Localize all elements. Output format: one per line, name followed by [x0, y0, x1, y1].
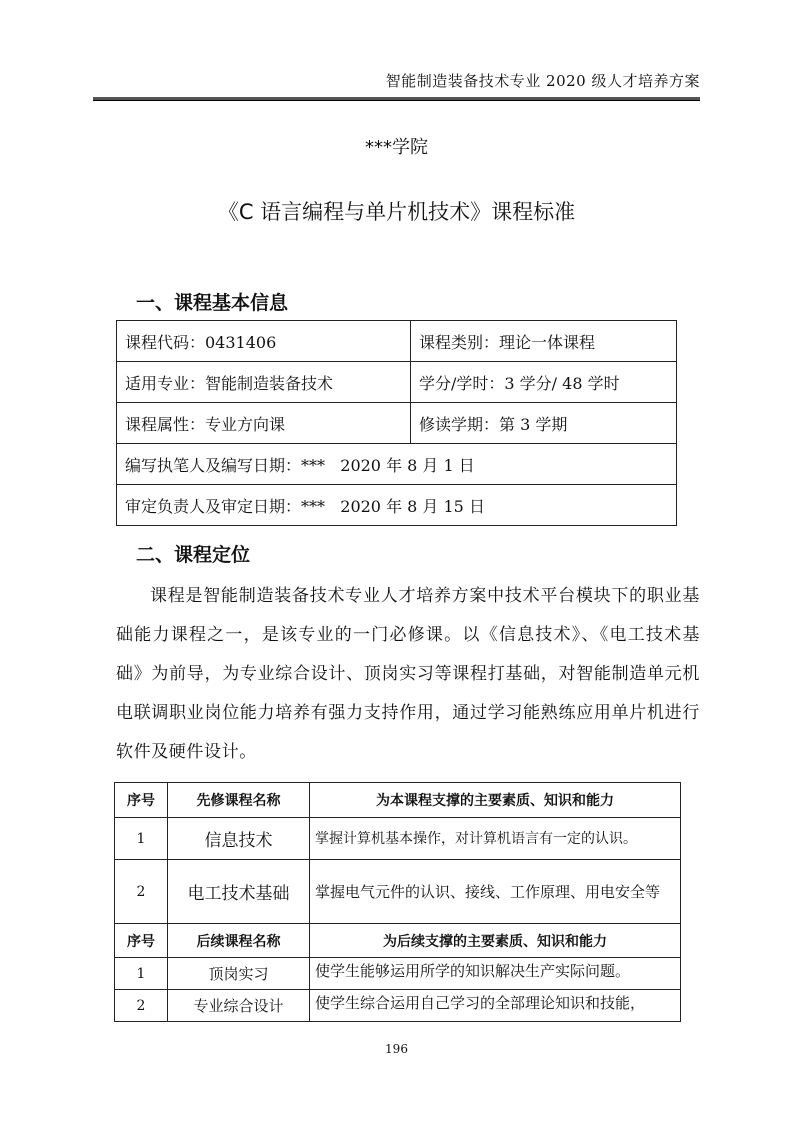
course-code-cell: 课程代码：0431406	[117, 321, 411, 362]
document-title: 《C 语言编程与单片机技术》课程标准	[0, 196, 793, 226]
college-name: ***学院	[0, 133, 793, 159]
semester-cell: 修读学期：第 3 学期	[411, 403, 677, 444]
course-category-cell: 课程类别：理论一体课程	[411, 321, 677, 362]
course-name-cell: 顶岗实习	[168, 958, 310, 990]
table-row: 审定负责人及审定日期：*** 2020 年 8 月 15 日	[117, 485, 677, 526]
table-header-row: 序号 先修课程名称 为本课程支撑的主要素质、知识和能力	[115, 783, 681, 818]
table-row: 2 电工技术基础 掌握电气元件的认识、接线、工作原理、用电安全等	[115, 860, 681, 924]
col-header-prereq-name: 先修课程名称	[168, 783, 310, 818]
table-header-row: 序号 后续课程名称 为后续支撑的主要素质、知识和能力	[115, 924, 681, 958]
table-row: 1 顶岗实习 使学生能够运用所学的知识解决生产实际问题。	[115, 958, 681, 990]
col-header-followup-name: 后续课程名称	[168, 924, 310, 958]
index-cell: 1	[115, 958, 168, 990]
index-cell: 2	[115, 990, 168, 1022]
header-rule	[93, 97, 700, 101]
col-header-index: 序号	[115, 783, 168, 818]
table-row: 课程属性：专业方向课 修读学期：第 3 学期	[117, 403, 677, 444]
positioning-paragraph: 课程是智能制造装备技术专业人才培养方案中技术平台模块下的职业基础能力课程之一，是…	[116, 577, 700, 772]
course-name-cell: 电工技术基础	[168, 860, 310, 924]
section-heading-positioning: 二、课程定位	[136, 540, 250, 567]
basic-info-table: 课程代码：0431406 课程类别：理论一体课程 适用专业：智能制造装备技术 学…	[116, 320, 677, 526]
reviewer-date-cell: 审定负责人及审定日期：*** 2020 年 8 月 15 日	[117, 485, 677, 526]
col-header-prereq-support: 为本课程支撑的主要素质、知识和能力	[310, 783, 681, 818]
table-row: 编写执笔人及编写日期：*** 2020 年 8 月 1 日	[117, 444, 677, 485]
running-header: 智能制造装备技术专业 2020 级人才培养方案	[386, 70, 700, 91]
course-name-cell: 信息技术	[168, 818, 310, 860]
major-cell: 适用专业：智能制造装备技术	[117, 362, 411, 403]
table-row: 1 信息技术 掌握计算机基本操作，对计算机语言有一定的认识。	[115, 818, 681, 860]
credits-hours-cell: 学分/学时：3 学分/ 48 学时	[411, 362, 677, 403]
section-heading-basic-info: 一、课程基本信息	[136, 288, 288, 315]
page-number: 196	[0, 1042, 793, 1056]
course-relation-table: 序号 先修课程名称 为本课程支撑的主要素质、知识和能力 1 信息技术 掌握计算机…	[114, 782, 681, 1022]
table-row: 2 专业综合设计 使学生综合运用自己学习的全部理论知识和技能，	[115, 990, 681, 1022]
index-cell: 2	[115, 860, 168, 924]
course-name-cell: 专业综合设计	[168, 990, 310, 1022]
support-cell: 使学生能够运用所学的知识解决生产实际问题。	[310, 958, 681, 990]
table-row: 适用专业：智能制造装备技术 学分/学时：3 学分/ 48 学时	[117, 362, 677, 403]
support-cell: 使学生综合运用自己学习的全部理论知识和技能，	[310, 990, 681, 1022]
col-header-index: 序号	[115, 924, 168, 958]
col-header-followup-support: 为后续支撑的主要素质、知识和能力	[310, 924, 681, 958]
support-cell: 掌握计算机基本操作，对计算机语言有一定的认识。	[310, 818, 681, 860]
course-attribute-cell: 课程属性：专业方向课	[117, 403, 411, 444]
author-date-cell: 编写执笔人及编写日期：*** 2020 年 8 月 1 日	[117, 444, 677, 485]
support-cell: 掌握电气元件的认识、接线、工作原理、用电安全等	[310, 860, 681, 924]
table-row: 课程代码：0431406 课程类别：理论一体课程	[117, 321, 677, 362]
index-cell: 1	[115, 818, 168, 860]
